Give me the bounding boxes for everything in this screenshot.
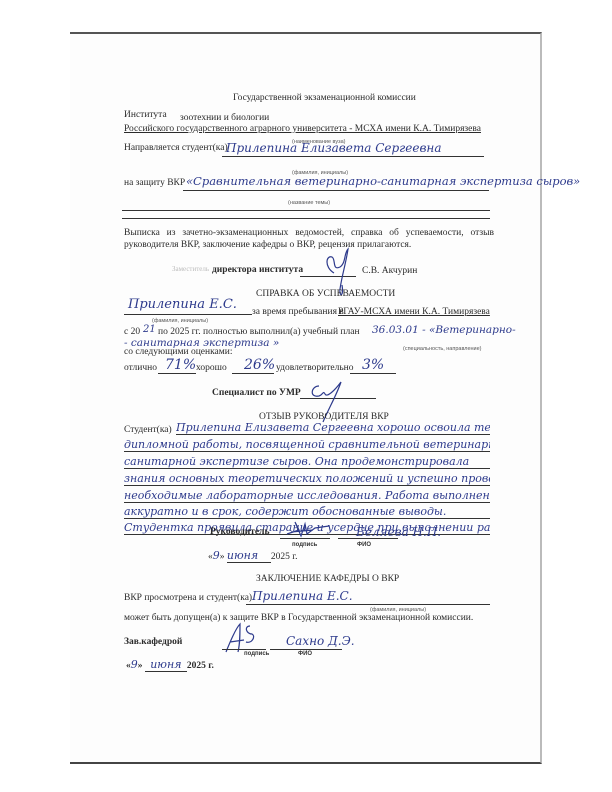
director-prefix: Заместитель	[172, 265, 209, 273]
student-full-name: Прилепина Елизавета Сергеевна	[226, 141, 441, 155]
referral-label: Направляется студент(ка)	[124, 143, 228, 153]
conclusion-title: ЗАКЛЮЧЕНИЕ КАФЕДРЫ О ВКР	[256, 574, 399, 584]
period-prefix: с 20	[124, 327, 140, 337]
supervisor-label: Руководитель	[210, 527, 269, 537]
hint-signature-2: подпись	[244, 651, 269, 657]
title-underline	[183, 190, 489, 191]
hint-name-2: (фамилия, инициалы)	[152, 318, 208, 324]
review-line: аккуратно и в срок, содержит обоснованны…	[124, 505, 490, 519]
review-date-year: 2025 г.	[271, 552, 298, 562]
commission-heading: Государственной экзаменационной комиссии	[233, 93, 416, 103]
review-line: необходимые лабораторные исследования. Р…	[124, 489, 490, 503]
review-line: Прилепина Елизавета Сергеевна хорошо осв…	[176, 421, 490, 435]
review-line: санитарной экспертизе сыров. Она продемо…	[124, 455, 490, 469]
review-date-day: 9	[213, 549, 220, 562]
good-value: 26%	[244, 357, 275, 373]
satisfactory-value: 3%	[362, 357, 384, 373]
reviewed-label: ВКР просмотрена и студент(ка)	[124, 593, 252, 603]
supervisor-signature	[285, 518, 333, 542]
start-year: 21	[143, 324, 156, 335]
conclusion-date-year: 2025 г.	[187, 661, 214, 671]
conclusion-date: «9» июня2025 г.	[126, 658, 214, 672]
head-name-line	[270, 649, 342, 650]
hint-signature: подпись	[292, 542, 317, 548]
excellent-value: 71%	[165, 357, 196, 373]
name-underline	[222, 156, 484, 157]
title-line-2	[122, 210, 490, 211]
stay-org: РГАУ-МСХА имени К.А. Тимирязева	[338, 307, 490, 317]
review-line: дипломной работы, посвященной сравнитель…	[124, 438, 490, 452]
performance-student-name: Прилепина Е.С.	[128, 297, 237, 312]
director-label: директора института	[212, 265, 303, 275]
hint-title: (название темы)	[288, 200, 330, 206]
review-line: знания основных теоретических положений …	[124, 472, 490, 486]
hint-specialty: (специальность, направление)	[403, 346, 482, 352]
defense-label: на защиту ВКР	[124, 178, 185, 188]
supervisor-name: Беляева Н.П.	[356, 525, 441, 539]
stay-text: за время пребывания в	[252, 307, 344, 317]
satisfactory-line	[350, 373, 396, 374]
conclusion-student-name: Прилепина Е.С.	[252, 589, 353, 603]
admission-text: может быть допущен(а) к защите ВКР в Гос…	[124, 613, 473, 623]
specialty-line-1: 36.03.01 - «Ветеринарно-	[372, 324, 516, 336]
umr-label: Специалист по УМР	[212, 388, 301, 398]
head-name: Сахно Д.Э.	[286, 634, 355, 648]
conclusion-date-month: июня	[145, 658, 187, 672]
conclusion-date-day: 9	[131, 658, 138, 671]
performance-title: СПРАВКА ОБ УСПЕВАЕМОСТИ	[256, 289, 395, 299]
review-student-label: Студент(ка)	[124, 425, 172, 435]
conclusion-name-line	[246, 604, 490, 605]
good-label: хорошо	[196, 363, 227, 373]
hint-fio: ФИО	[357, 542, 371, 548]
grades-label: со следующими оценками:	[124, 347, 233, 357]
hint-fio-2: ФИО	[298, 651, 312, 657]
period-text: по 2025 гг. полностью выполнил(а) учебны…	[158, 327, 360, 337]
head-sign-line	[222, 649, 266, 650]
review-date: «9» июня2025 г.	[208, 549, 297, 563]
performance-name-line	[124, 314, 252, 315]
excellent-line	[158, 373, 196, 374]
director-name: С.В. Акчурин	[362, 266, 417, 276]
head-label: Зав.кафедрой	[124, 637, 182, 647]
institute-label: Института	[124, 110, 167, 120]
thesis-title: «Сравнительная ветеринарно-санитарная эк…	[186, 174, 580, 188]
title-line-3	[122, 218, 490, 219]
satisfactory-label: удовлетворительно	[276, 363, 353, 373]
review-date-month: июня	[227, 549, 271, 563]
university-name: Российского государственного аграрного у…	[124, 124, 481, 134]
attachments-text: Выписка из зачетно-экзаменационных ведом…	[124, 227, 494, 251]
excellent-label: отлично	[124, 363, 157, 373]
good-line	[232, 373, 274, 374]
institute-name: зоотехнии и биологии	[180, 113, 269, 123]
